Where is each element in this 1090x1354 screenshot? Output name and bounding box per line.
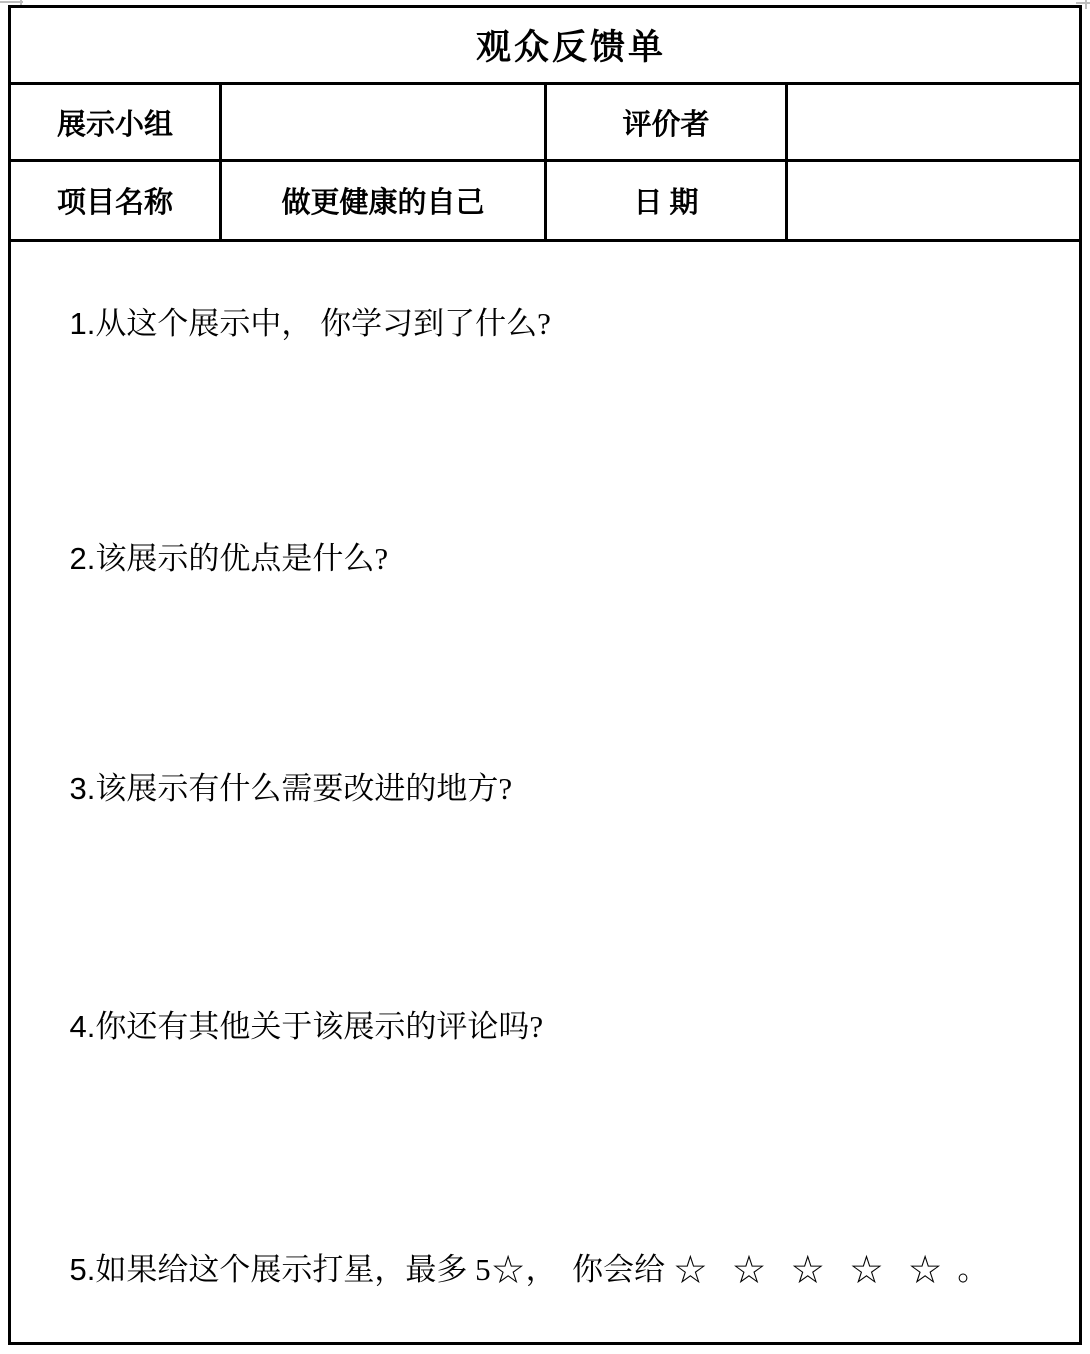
max-star-icon: ☆ (491, 1249, 526, 1292)
question-4: 4.你还有其他关于该展示的评论吗? (23, 961, 1067, 1093)
question-4-text: 你还有其他关于该展示的评论吗? (95, 1009, 543, 1044)
feedback-form-table: 观众反馈单 展示小组 评价者 项目名称 做更健康的自己 日期 1.从这个展示中，… (8, 5, 1082, 1345)
project-value-cell: 做更健康的自己 (222, 162, 547, 239)
question-5-text-part2: ， 你会给 (526, 1252, 673, 1287)
question-1-number: 1. (70, 306, 96, 341)
question-5-number: 5. (70, 1252, 96, 1287)
question-2-number: 2. (70, 541, 96, 576)
question-1: 1.从这个展示中， 你学习到了什么? (23, 258, 1067, 390)
header-row-project-date: 项目名称 做更健康的自己 日期 (11, 162, 1079, 242)
evaluator-value-cell[interactable] (788, 85, 1079, 159)
date-value-cell[interactable] (788, 162, 1079, 239)
grid-artifact-top-right-vertical (1085, 0, 1087, 9)
question-4-number: 4. (70, 1009, 96, 1044)
group-value-cell[interactable] (222, 85, 547, 159)
header-row-group-evaluator: 展示小组 评价者 (11, 85, 1079, 162)
questions-body-cell: 1.从这个展示中， 你学习到了什么? 2.该展示的优点是什么? 3.该展示有什么… (11, 242, 1079, 1342)
form-title: 观众反馈单 (476, 20, 666, 70)
date-label-cell: 日期 (547, 162, 788, 239)
question-5-rating-line: 5.如果给这个展示打星，最多 5☆， 你会给 ☆ ☆ ☆ ☆ ☆ 。 (23, 1204, 1067, 1337)
form-title-row: 观众反馈单 (11, 8, 1079, 85)
question-5-period: 。 (950, 1252, 989, 1287)
star-rating: ☆ ☆ ☆ ☆ ☆ (673, 1249, 950, 1292)
grid-artifact-top-right-horizontal (1076, 2, 1090, 4)
question-3-text: 该展示有什么需要改进的地方? (95, 771, 512, 806)
question-3: 3.该展示有什么需要改进的地方? (23, 723, 1067, 855)
evaluator-label-cell: 评价者 (547, 85, 788, 159)
question-2-text: 该展示的优点是什么? (95, 541, 388, 576)
feedback-form-page: { "form": { "title": "观众反馈单", "header": … (0, 0, 1090, 1354)
question-5-text-part1: 如果给这个展示打星，最多 5 (95, 1252, 490, 1287)
question-3-number: 3. (70, 771, 96, 806)
project-label-cell: 项目名称 (11, 162, 222, 239)
question-2: 2.该展示的优点是什么? (23, 493, 1067, 625)
group-label-cell: 展示小组 (11, 85, 222, 159)
question-1-text: 从这个展示中， 你学习到了什么? (95, 306, 551, 341)
